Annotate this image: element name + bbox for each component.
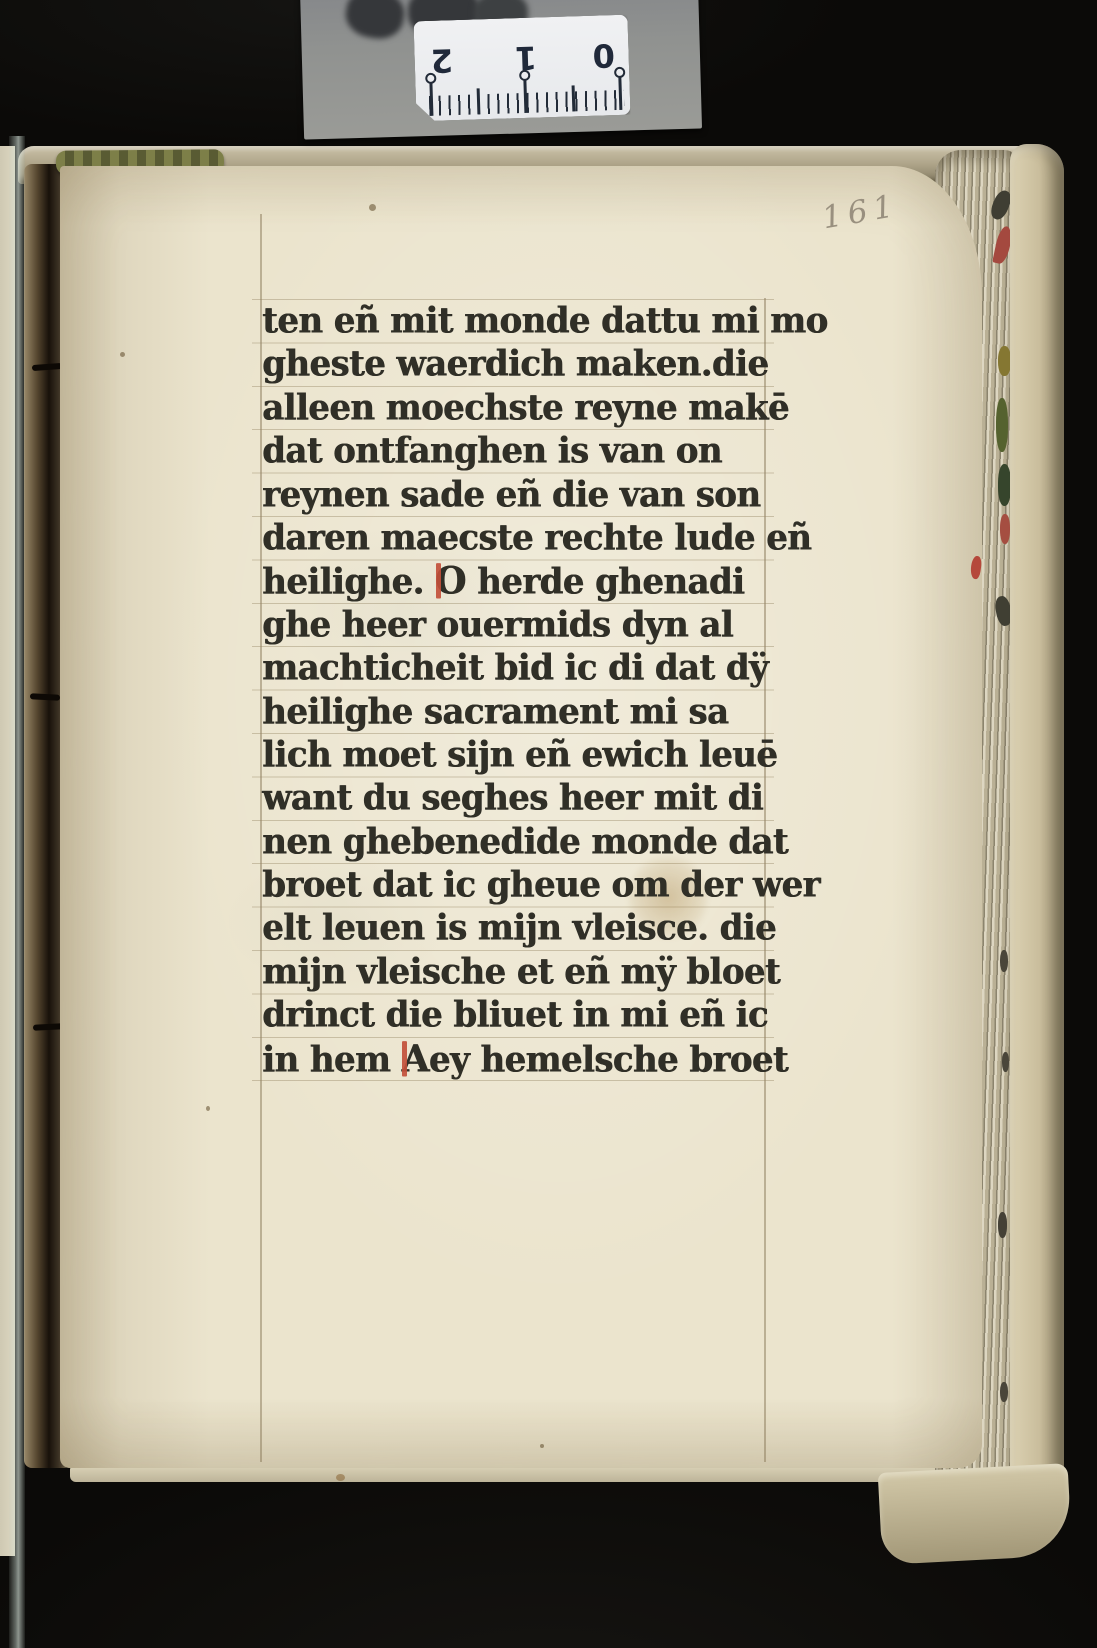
manuscript-text-line: daren maecste rechte lude eñ — [262, 516, 787, 561]
photo-stage: ten eñ mit monde dattu mi mogheste waerd… — [0, 0, 1097, 1648]
manuscript-text-line: want du seghes heer mit di — [262, 776, 787, 821]
manuscript-text-line: in hem Aey hemelsche broet — [262, 1037, 787, 1082]
rubricated-initial: A — [401, 1037, 428, 1082]
manuscript-text-line: gheste waerdich maken.die — [262, 342, 787, 387]
parchment-speck — [369, 204, 376, 211]
manuscript-text-line: heilighe sacrament mi sa — [262, 690, 787, 735]
ruler-half-cm-tick — [572, 85, 575, 111]
fore-edge-red-fleck — [1000, 514, 1010, 544]
fore-edge-ink-dash — [1002, 1052, 1009, 1072]
manuscript-text-line: elt leuen is mijn vleisce. die — [262, 906, 787, 951]
rubricated-initial: O — [435, 559, 466, 604]
manuscript-text-line: ten eñ mit monde dattu mi mo — [262, 299, 787, 344]
text-block: ten eñ mit monde dattu mi mogheste waerd… — [262, 299, 787, 1080]
parchment-cover-edge — [1010, 144, 1064, 1544]
parchment-speck — [120, 352, 125, 357]
manuscript-text-line: nen ghebenedide monde dat — [262, 820, 787, 865]
manuscript-text-line: dat ontfanghen is van on — [262, 429, 787, 474]
manuscript-text-line: mijn vleische et eñ mÿ bloet — [262, 950, 787, 995]
fore-edge-green-fleck — [996, 398, 1008, 452]
manuscript-text-line: lich moet sijn eñ ewich leuē — [262, 733, 787, 778]
gutter-crack — [33, 1023, 63, 1031]
parchment-speck — [540, 1444, 544, 1448]
gutter-crack — [32, 363, 62, 371]
glass-plate-edge — [9, 136, 25, 1648]
ruler-half-cm-tick — [477, 88, 480, 114]
manuscript-text-line: reynen sade eñ die van son — [262, 473, 787, 518]
manuscript-text-line: alleen moechste reyne makē — [262, 386, 787, 431]
ruler-ticks — [428, 66, 624, 116]
manuscript-text-line: drinct die bliuet in mi eñ ic — [262, 993, 787, 1038]
ruler-cm-tick — [618, 77, 622, 110]
gutter-crack — [30, 693, 60, 701]
parchment-speck — [206, 1106, 210, 1111]
cm-ruler-sticker: 2 1 0 — [413, 15, 630, 122]
parchment-speck — [336, 1474, 345, 1481]
manuscript-text-line: broet dat ic gheue om der wer — [262, 863, 787, 908]
fore-edge-ink-dash — [1000, 1382, 1008, 1402]
manuscript-text-line: machticheit bid ic di dat dÿ — [262, 646, 787, 691]
ruler-cm-tick — [523, 80, 527, 113]
fore-edge-ink-dash — [998, 1212, 1007, 1238]
fore-edge-ink-dash — [1000, 950, 1008, 972]
ruler-cm-tick — [429, 83, 433, 116]
manuscript-text-line: ghe heer ouermids dyn al — [262, 603, 787, 648]
manuscript-text-line: heilighe. O herde ghenadi — [262, 559, 787, 604]
